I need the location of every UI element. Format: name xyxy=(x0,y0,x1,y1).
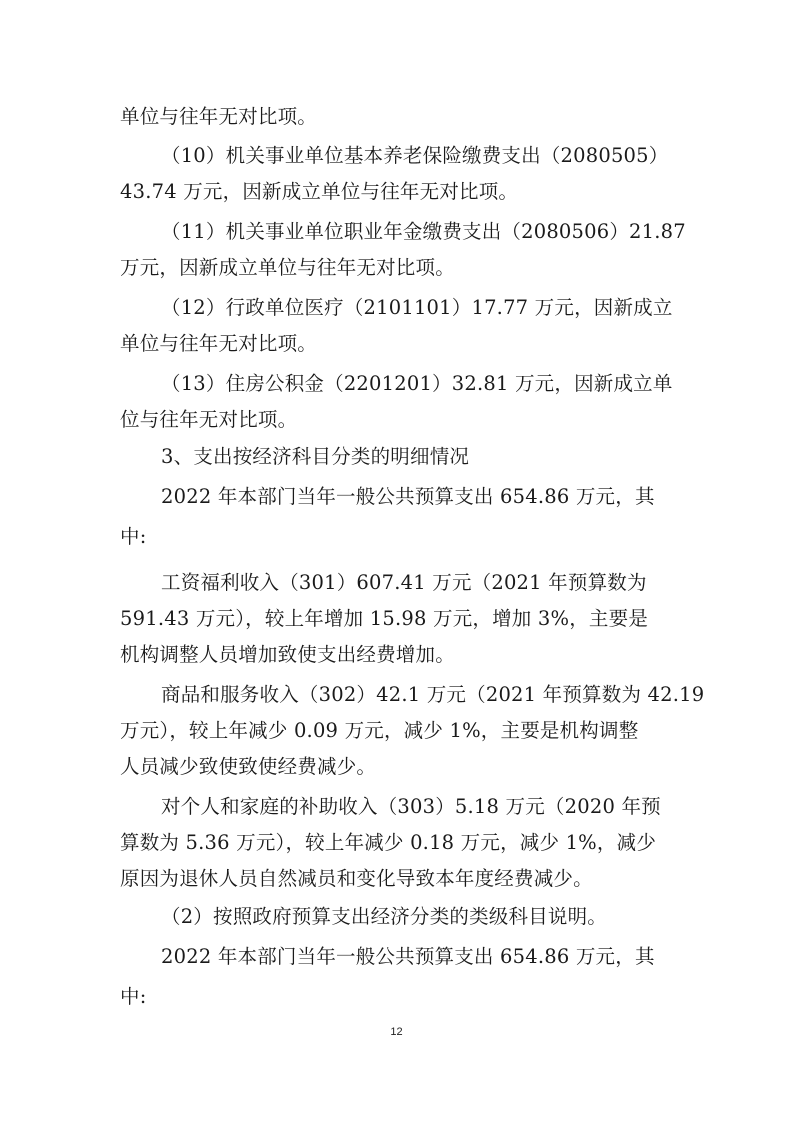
subsection-heading: （2）按照政府预算支出经济分类的类级科目说明。 xyxy=(161,898,607,936)
text-line: 机构调整人员增加致使支出经费增加。 xyxy=(120,636,455,674)
item-13-heading: （13）住房公积金（2201201）32.81 万元，因新成立单 xyxy=(161,365,673,403)
text-line: 商品和服务收入（302）42.1 万元（2021 年预算数为 42.19 xyxy=(161,676,704,714)
text-line: 中: xyxy=(120,978,146,1016)
text-line: 2022 年本部门当年一般公共预算支出 654.86 万元，其 xyxy=(161,938,655,976)
item-12-heading: （12）行政单位医疗（2101101）17.77 万元，因新成立 xyxy=(161,289,673,327)
text-line: 万元），较上年减少 0.09 万元，减少 1%，主要是机构调整 xyxy=(120,712,638,750)
text-line: 原因为退休人员自然减员和变化导致本年度经费减少。 xyxy=(120,860,593,898)
text-line: 单位与往年无对比项。 xyxy=(120,98,317,136)
item-10-heading: （10）机关事业单位基本养老保险缴费支出（2080505） xyxy=(161,137,668,175)
text-line: 2022 年本部门当年一般公共预算支出 654.86 万元，其 xyxy=(161,478,655,516)
text-line: 对个人和家庭的补助收入（303）5.18 万元（2020 年预 xyxy=(161,788,661,826)
text-line: 单位与往年无对比项。 xyxy=(120,325,317,363)
text-line: 位与往年无对比项。 xyxy=(120,401,297,439)
text-line: 人员减少致使致使经费减少。 xyxy=(120,748,376,786)
text-line: 591.43 万元），较上年增加 15.98 万元，增加 3%，主要是 xyxy=(120,600,648,638)
text-line: 算数为 5.36 万元），较上年减少 0.18 万元，减少 1%，减少 xyxy=(120,824,656,862)
page-number: 12 xyxy=(0,1026,793,1038)
text-line: 万元，因新成立单位与往年无对比项。 xyxy=(120,249,455,287)
text-line: 43.74 万元，因新成立单位与往年无对比项。 xyxy=(120,173,518,211)
text-line: 中: xyxy=(120,518,146,556)
text-line: 工资福利收入（301）607.41 万元（2021 年预算数为 xyxy=(161,564,647,602)
item-11-heading: （11）机关事业单位职业年金缴费支出（2080506）21.87 xyxy=(161,213,686,251)
section-heading: 3、支出按经济科目分类的明细情况 xyxy=(161,438,469,476)
